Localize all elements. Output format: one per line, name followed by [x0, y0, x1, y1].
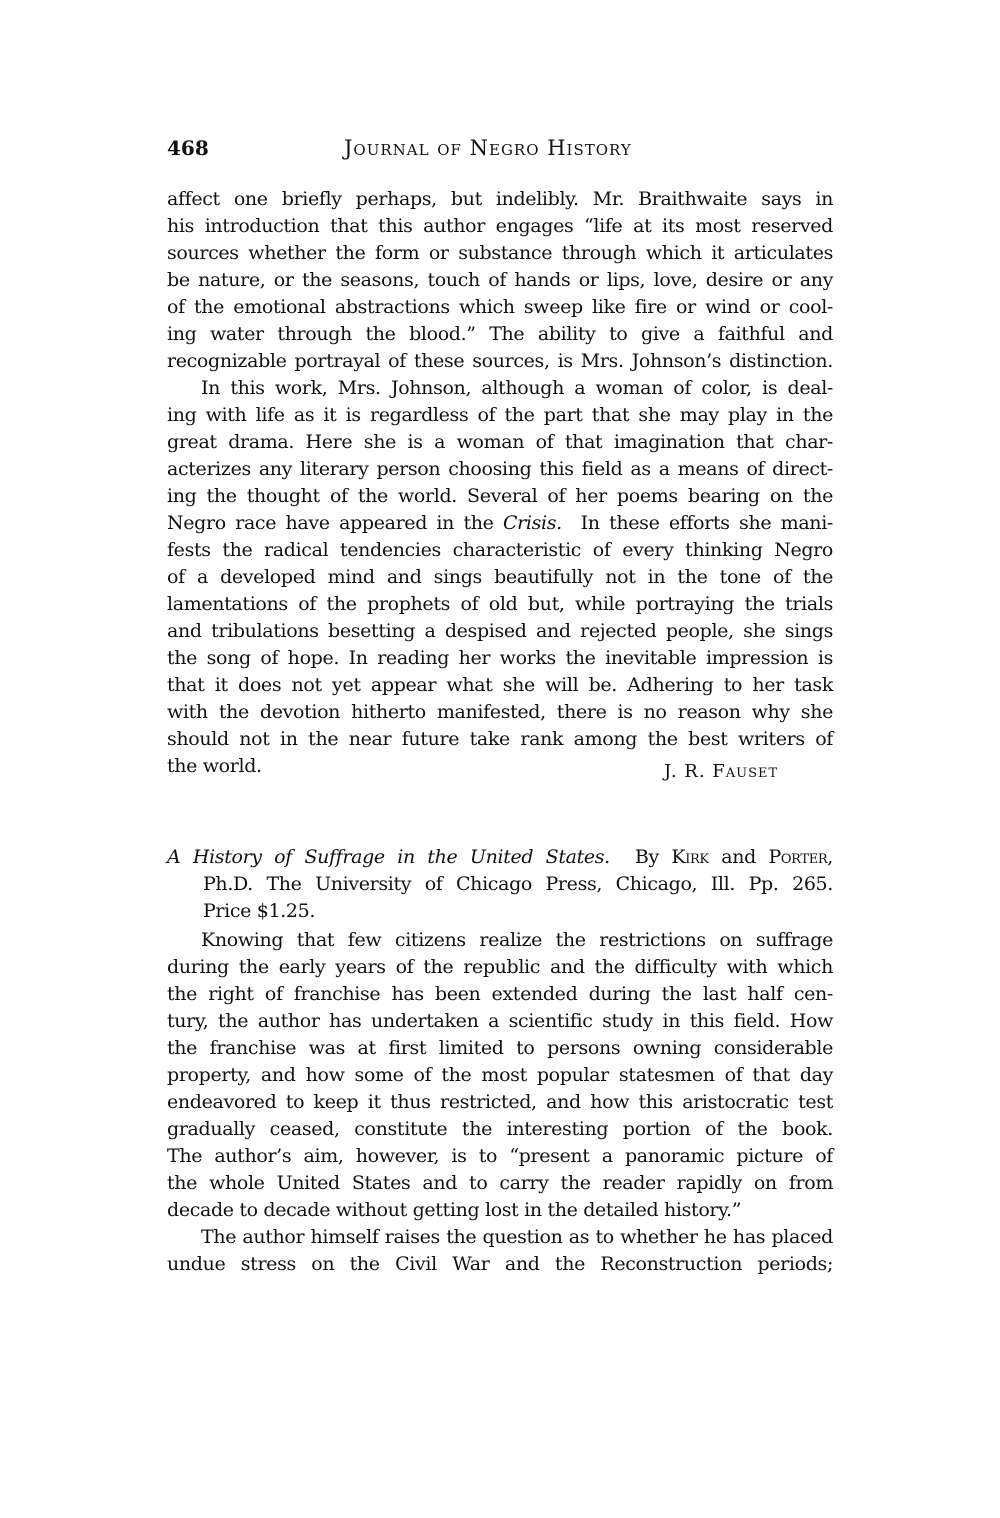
text-line-crisis: Negro race have appeared in the Crisis. …	[167, 510, 833, 537]
text-line: great drama. Here she is a woman of that…	[167, 429, 833, 456]
text-line: that it does not yet appear what she wil…	[167, 672, 833, 699]
citation-line: Ph.D. The University of Chicago Press, C…	[203, 871, 833, 898]
text-line: tury, the author has undertaken a scient…	[167, 1008, 833, 1035]
citation-line: A History of Suffrage in the United Stat…	[167, 844, 833, 871]
text-line: lamentations of the prophets of old but,…	[167, 591, 833, 618]
text-line: acterizes any literary person choosing t…	[167, 456, 833, 483]
text-line: affect one briefly perhaps, but indelibl…	[167, 186, 833, 213]
text-line: gradually ceased, constitute the interes…	[167, 1116, 833, 1143]
text-line: the whole United States and to carry the…	[167, 1170, 833, 1197]
text-line: should not in the near future take rank …	[167, 726, 833, 753]
author-name: Porter,	[768, 846, 833, 868]
text-line: the franchise was at first limited to pe…	[167, 1035, 833, 1062]
text-line: the song of hope. In reading her works t…	[167, 645, 833, 672]
book-title: A History of Suffrage in the United Stat…	[167, 846, 610, 868]
text-line: during the early years of the republic a…	[167, 954, 833, 981]
text-line: be nature, or the seasons, touch of hand…	[167, 267, 833, 294]
text-line: decade to decade without getting lost in…	[167, 1197, 833, 1224]
text-line: sources whether the form or substance th…	[167, 240, 833, 267]
text-line: In this work, Mrs. Johnson, although a w…	[201, 375, 833, 402]
text-line: fests the radical tendencies characteris…	[167, 537, 833, 564]
text-line: undue stress on the Civil War and the Re…	[167, 1251, 833, 1278]
text-line: property, and how some of the most popul…	[167, 1062, 833, 1089]
text-line: Knowing that few citizens realize the re…	[201, 927, 833, 954]
text-line: The author’s aim, however, is to “presen…	[167, 1143, 833, 1170]
journal-title: Journal of Negro History	[344, 133, 632, 163]
text-fragment: Negro race have appeared in the	[167, 512, 503, 534]
text-line: his introduction that this author engage…	[167, 213, 833, 240]
text-line: the right of franchise has been extended…	[167, 981, 833, 1008]
text-line: ing the thought of the world. Several of…	[167, 483, 833, 510]
text-line: of the emotional abstractions which swee…	[167, 294, 833, 321]
citation-price: Price $1.25.	[203, 898, 833, 925]
text-line: and tribulations besetting a despised an…	[167, 618, 833, 645]
text-line: with the devotion hitherto manifested, t…	[167, 699, 833, 726]
text-fragment: In these efforts she mani-	[562, 512, 833, 534]
text-line: ing with life as it is regardless of the…	[167, 402, 833, 429]
text-line: The author himself raises the question a…	[201, 1224, 833, 1251]
running-head: 468 Journal of Negro History	[167, 133, 833, 163]
text-line: of a developed mind and sings beautifull…	[167, 564, 833, 591]
text-fragment: By	[610, 846, 671, 868]
text-line: ing water through the blood.” The abilit…	[167, 321, 833, 348]
page-number: 468	[167, 133, 209, 163]
text-line: endeavored to keep it thus restricted, a…	[167, 1089, 833, 1116]
review-signature: J. R. Fauset	[664, 758, 778, 785]
crisis-title: Crisis.	[503, 512, 562, 534]
author-name: Kirk	[671, 846, 708, 868]
text-line: recognizable portrayal of these sources,…	[167, 348, 833, 375]
text-fragment: and	[709, 846, 769, 868]
